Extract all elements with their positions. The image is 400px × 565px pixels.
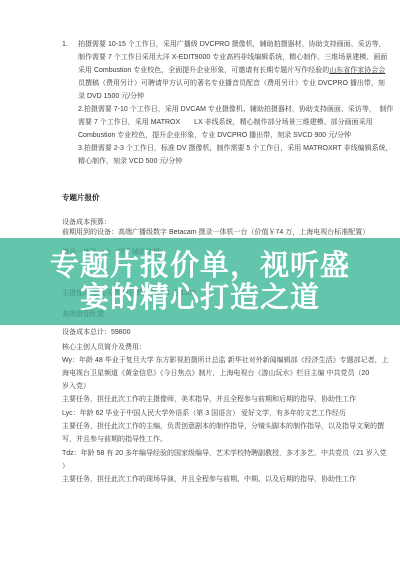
doc-text-line: 录 DVD 1500 元/分钟: [78, 90, 380, 103]
crew-member-block: Wy：年龄 48 毕业于复旦大学 东方影视拍摄所计总监 新华社对外新闻编辑部《经…: [62, 354, 380, 406]
equipment-total-line: 设备成本总计：59800: [62, 326, 130, 339]
doc-text-line: Tdz：年龄 58 有 20 多年编导经验的国家级编导，艺术学校特聘副教授，多才…: [62, 447, 380, 460]
doc-text-line: 主要任务，担任此次工作的主摄像师，美术指导，并且全程参与前期和后期的指导，协助性…: [62, 393, 380, 406]
doc-text-line: 需要 7 个工作日，采用 MATROX LX 非线系统，精心制作部分场景三维建模…: [78, 116, 380, 129]
crew-member-block: Tdz：年龄 58 有 20 多年编导经验的国家级编导，艺术学校特聘副教授，多才…: [62, 447, 380, 486]
doc-text-line: 拍摄需要 10-15 个工作日，采用广播级 DVCPRO 摄像机，辅助拍摄器材，…: [78, 38, 380, 51]
doc-text-line: 制作需要 7 个工作日采用大洋 X-EDIT9000 专业高档非线编辑系统，精心…: [78, 51, 380, 64]
banner-title-line2: 宴的精心打造之道: [80, 282, 320, 314]
crew-member-block: Lyc：年龄 62 毕业于中国人民大学外语系（第 3 国语言） 爱好文学，有多年…: [62, 407, 380, 446]
banner-title-line1: 专题片报价单，视听盛: [50, 250, 350, 282]
doc-text-line: 2.拍摄需要 7-10 个工作日，采用 DVCAM 专业摄像机、辅助拍摄器材，协…: [78, 103, 380, 116]
banner-title: 专题片报价单，视听盛 宴的精心打造之道: [0, 238, 400, 325]
doc-text-line: 采用 Combustion 专业校色，全面提升企业形象，可邀请有长期专题片写作经…: [78, 64, 380, 77]
pricing-list-paragraph: 拍摄需要 10-15 个工作日，采用广播级 DVCPRO 摄像机，辅助拍摄器材，…: [78, 38, 380, 168]
doc-text-line: Wy：年龄 48 毕业于复旦大学 东方影视拍摄所计总监 新华社对外新闻编辑部《经…: [62, 354, 380, 367]
doc-text-line: 主要任务，担任此次工作的主编，负责创意剧本的制作指导，分镜头脚本的制作指导，以及…: [62, 420, 380, 433]
title-banner: 摄录一体机一台（用于辅助拍摄） 主摄像师 参加天数 每日费用共计 4 天 110…: [0, 238, 400, 325]
doc-text-line: ）: [62, 460, 380, 473]
doc-text-line: 3.拍摄需要 2-3 个工作日，标准 DV 摄像机，制作需要 5 个工作日，采用…: [78, 142, 380, 155]
doc-text-segment: 采用 Combustion 专业校色，全面提升企业形象，可邀请有长期专题片写作经…: [78, 67, 329, 74]
list-item-number: 1.: [62, 38, 68, 51]
doc-text-line: Lyc：年龄 62 毕业于中国人民大学外语系（第 3 国语言） 爱好文学，有多年…: [62, 407, 380, 420]
doc-text-line: 主要任务，担任此次工作的现场导演，并且全程参与前期、中期、以及后期的指导，协助性…: [62, 473, 380, 486]
doc-text-line: 海电视台卫星频道《黄金信息》《今日焦点》制片，上海电视台《游山玩水》栏目主编 中…: [62, 367, 380, 380]
crew-section-header: 核心主创人员简介及费用：: [62, 341, 146, 354]
section-title: 专题片报价: [62, 192, 100, 203]
doc-text-line: 岁入党）: [62, 380, 380, 393]
document-page: 1. 拍摄需要 10-15 个工作日，采用广播级 DVCPRO 摄像机，辅助拍摄…: [0, 0, 400, 565]
underlined-text-segment: 山东省作家协会会: [329, 67, 385, 74]
doc-text-line: 员撰稿（费用另计）可聘请甲方认可的著名专业播音员配音（费用另计）专业 DVCPR…: [78, 77, 380, 90]
doc-text-line: Combustion 专业校色，提升企业形象，专业 DVCPRO 播出带，刻录 …: [78, 129, 380, 142]
doc-text-line: 写，并且参与前期的指导性工作。: [62, 433, 380, 446]
doc-text-line: 精心制作，刻录 VCD 500 元/分钟: [78, 155, 380, 168]
